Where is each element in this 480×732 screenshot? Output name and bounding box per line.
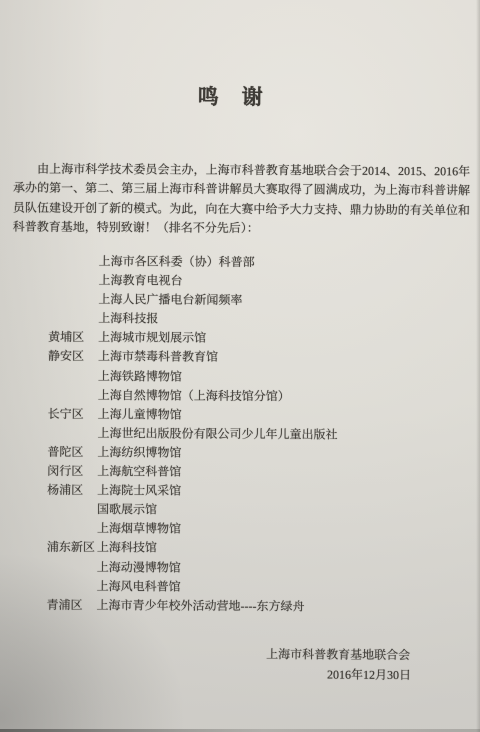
- district-label: [48, 385, 98, 404]
- page-title: 鸣 谢: [2, 83, 460, 112]
- paper-edge-right: [476, 0, 480, 732]
- district-label: 浦东新区: [47, 538, 97, 557]
- district-label: 长宁区: [48, 405, 98, 424]
- list-item: 上海铁路博物馆: [48, 366, 472, 388]
- list-item: 上海世纪出版股份有限公司少儿年儿童出版社: [47, 424, 471, 446]
- district-label: [47, 557, 97, 576]
- organization-name: 上海科技馆: [97, 539, 471, 560]
- list-item: 杨浦区上海院士风采馆: [47, 481, 471, 503]
- organization-name: 上海世纪出版股份有限公司少儿年儿童出版社: [97, 424, 471, 445]
- district-label: [48, 290, 98, 309]
- list-item: 普陀区上海纺织博物馆: [47, 443, 471, 465]
- list-item: 上海科技报: [48, 309, 472, 331]
- list-item: 上海风电科普馆: [47, 576, 471, 598]
- district-label: 杨浦区: [47, 481, 97, 500]
- list-item: 长宁区上海儿童博物馆: [48, 405, 472, 427]
- paper-sheet: 鸣 谢 由上海市科学技术委员会主办，上海市科普教育基地联合会于2014、2015…: [0, 0, 480, 732]
- signature-line: 上海市科普教育基地联合会: [0, 644, 410, 664]
- list-item: 上海人民广播电台新闻频率: [48, 290, 472, 312]
- district-label: 青浦区: [46, 596, 96, 615]
- list-item: 国歌展示馆: [47, 500, 471, 522]
- organization-name: 上海科技报: [98, 309, 472, 330]
- organization-name: 上海儿童博物馆: [98, 405, 472, 426]
- list-item: 黄埔区上海城市规划展示馆: [48, 328, 472, 350]
- organization-name: 上海教育电视台: [98, 271, 472, 292]
- organization-name: 上海城市规划展示馆: [98, 329, 472, 350]
- organization-name: 上海市各区科委（协）科普部: [99, 252, 473, 273]
- district-label: [47, 519, 97, 538]
- list-item: 上海教育电视台: [48, 271, 472, 293]
- organization-name: 上海动漫博物馆: [97, 558, 471, 579]
- organization-name: 上海自然博物馆（上海科技馆分馆）: [98, 386, 472, 407]
- district-label: [48, 366, 98, 385]
- list-item: 闵行区上海航空科普馆: [47, 462, 471, 484]
- organization-name: 上海市禁毒科普教育馆: [98, 348, 472, 369]
- list-item: 青浦区上海市青少年校外活动营地----东方绿舟: [46, 596, 470, 618]
- district-label: 静安区: [48, 347, 98, 366]
- district-label: [47, 576, 97, 595]
- district-label: 闵行区: [47, 462, 97, 481]
- intro-paragraph: 由上海市科学技术委员会主办，上海市科普教育基地联合会于2014、2015、201…: [13, 160, 470, 240]
- district-label: [47, 424, 97, 443]
- organization-name: 上海人民广播电台新闻频率: [98, 290, 472, 311]
- acknowledgee-list: 上海市各区科委（协）科普部 上海教育电视台 上海人民广播电台新闻频率 上海科技报…: [46, 252, 472, 617]
- organization-name: 上海航空科普馆: [97, 462, 471, 483]
- list-item: 浦东新区上海科技馆: [47, 538, 471, 560]
- organization-name: 上海风电科普馆: [97, 577, 471, 598]
- list-item: 静安区上海市禁毒科普教育馆: [48, 347, 472, 369]
- organization-name: 上海纺织博物馆: [97, 443, 471, 464]
- organization-name: 上海铁路博物馆: [98, 367, 472, 388]
- list-item: 上海动漫博物馆: [47, 557, 471, 579]
- organization-name: 上海烟草博物馆: [97, 519, 471, 540]
- list-item: 上海自然博物馆（上海科技馆分馆）: [48, 385, 472, 407]
- district-label: 普陀区: [47, 443, 97, 462]
- organization-name: 上海院士风采馆: [97, 481, 471, 502]
- document-photo: 鸣 谢 由上海市科学技术委员会主办，上海市科普教育基地联合会于2014、2015…: [0, 0, 480, 732]
- district-label: [47, 500, 97, 519]
- list-item: 上海烟草博物馆: [47, 519, 471, 541]
- organization-name: 上海市青少年校外活动营地----东方绿舟: [96, 596, 470, 617]
- district-label: [49, 252, 99, 271]
- list-item: 上海市各区科委（协）科普部: [49, 252, 473, 274]
- date-line: 2016年12月30日: [0, 663, 411, 683]
- organization-name: 国歌展示馆: [97, 500, 471, 521]
- district-label: [48, 271, 98, 290]
- district-label: [48, 309, 98, 328]
- district-label: 黄埔区: [48, 328, 98, 347]
